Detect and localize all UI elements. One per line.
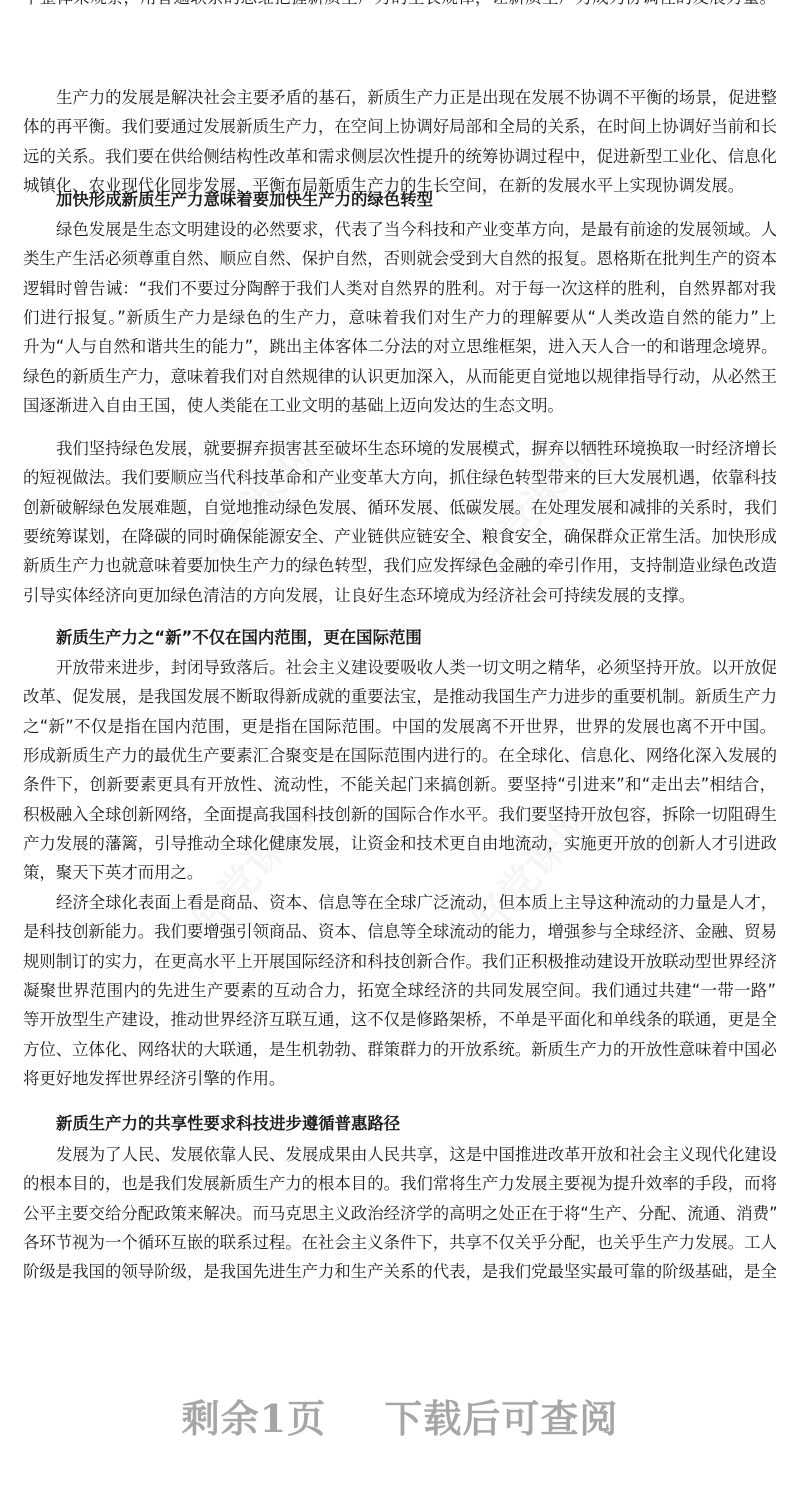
paragraph-line: 方位、立体化、网络状的大联通，是生机勃勃、群策群力的开放系统。新质生产力的开放性…: [23, 1040, 776, 1060]
paragraph-line: 新质生产力也就意味着要加快生产力的绿色转型，我们应发挥绿色金融的牵引作用，支持制…: [23, 556, 776, 576]
paragraph-line: 逻辑时曾告诫：“我们不要过分陶醉于我们人类对自然界的胜利。对于每一次这样的胜利，…: [23, 279, 776, 299]
paragraph-line: 策，聚天下英才而用之。: [23, 863, 776, 883]
paragraph-line: 公平主要交给分配政策来解决。而马克思主义政治经济学的高明之处正在于将“生产、分配…: [23, 1204, 776, 1224]
section-heading: 加快形成新质生产力意味着要加快生产力的绿色转型: [56, 190, 776, 210]
paragraph-line: 积极融入全球创新网络，全面提高我国科技创新的国际合作水平。我们要坚持开放包容，拆…: [23, 805, 776, 825]
paragraph-line: 创新破解绿色发展难题，自觉地推动绿色发展、循环发展、低碳发展。在处理发展和减排的…: [23, 498, 776, 518]
paragraph-line: 国逐渐进入自由王国，使人类能在工业文明的基础上迈向发达的生态文明。: [23, 396, 776, 416]
paragraph-line: 经济全球化表面上看是商品、资本、信息等在全球广泛流动，但本质上主导这种流动的力量…: [56, 893, 776, 913]
section-heading: 新质生产力的共享性要求科技进步遵循普惠路径: [56, 1114, 776, 1134]
paragraph-line: 我们坚持绿色发展，就要摒弃损害甚至破坏生态环境的发展模式，摒弃以牺牲环境换取一时…: [56, 439, 776, 459]
paragraph-line: 各环节视为一个循环互嵌的联系过程。在社会主义条件下，共享不仅关乎分配，也关乎生产…: [23, 1233, 776, 1253]
paragraph-line: 的短视做法。我们要顺应当代科技革命和产业变革大方向，抓住绿色转型带来的巨大发展机…: [23, 468, 776, 488]
paragraph-line: 凝聚世界范围内的先进生产要素的互动合力，拓宽全球经济的共同发展空间。我们通过共建…: [23, 981, 776, 1001]
paragraph-line: 绿色的新质生产力，意味着我们对自然规律的认识更加深入，从而能更自觉地以规律指导行…: [23, 367, 776, 387]
paragraph-line: 们进行报复。”新质生产力是绿色的生产力，意味着我们对生产力的理解要从“人类改造自…: [23, 308, 776, 328]
paragraph-line: 规则制订的实力，在更高水平上开展国际经济和科技创新合作。我们正积极推动建设开放联…: [23, 952, 776, 972]
paragraph-line: 阶级是我国的领导阶级，是我国先进生产力和生产关系的代表，是我们党最坚实最可靠的阶…: [23, 1262, 776, 1282]
paragraph-line: 要统筹谋划，在降碳的同时确保能源安全、产业链供应链安全、粮食安全，确保群众正常生…: [23, 527, 776, 547]
section-heading: 新质生产力之“新”不仅在国内范围，更在国际范围: [56, 628, 776, 648]
top-cut-line: 个整体来观察，用普遍联系的思维把握新质生产力的生长规律，让新质生产力成为协调性的…: [23, 0, 776, 8]
paragraph-line: 类生产生活必须尊重自然、顺应自然、保护自然，否则就会受到大自然的报复。恩格斯在批…: [23, 249, 776, 269]
paragraph-line: 升为“人与自然和谐共生的能力”，跳出主体客体二分法的对立思维框架，进入天人合一的…: [23, 337, 776, 357]
paragraph-line: 形成新质生产力的最优生产要素汇合聚变是在国际范围内进行的。在全球化、信息化、网络…: [23, 746, 776, 766]
remaining-pages-label: 剩余1页: [182, 1396, 326, 1441]
paragraph-line: 开放带来进步，封闭导致落后。社会主义建设要吸收人类一切文明之精华，必须坚持开放。…: [56, 658, 776, 678]
paragraph-line: 是科技创新能力。我们要增强引领商品、资本、信息等全球流动的能力，增强参与全球经济…: [23, 922, 776, 942]
paragraph-line: 发展为了人民、发展依靠人民、发展成果由人民共享，这是中国推进改革开放和社会主义现…: [56, 1145, 776, 1165]
paragraph-line: 远的关系。我们要在供给侧结构性改革和需求侧层次性提升的统筹协调过程中，促进新型工…: [23, 147, 776, 167]
paragraph-line: 之“新”不仅是指在国内范围，更是指在国际范围。中国的发展离不开世界，世界的发展也…: [23, 717, 776, 737]
paragraph-line: 体的再平衡。我们要通过发展新质生产力，在空间上协调好局部和全局的关系，在时间上协…: [23, 117, 776, 137]
paragraph-line: 产力发展的藩篱，引导推动全球化健康发展，让资金和技术更自由地流动，实施更开放的创…: [23, 834, 776, 854]
paragraph-line: 条件下，创新要素更具有开放性、流动性，不能关起门来搞创新。要坚持“引进来”和“走…: [23, 775, 776, 795]
download-to-view-label: 下载后可查阅: [384, 1396, 618, 1441]
paragraph-line: 等开放型生产建设，推动世界经济互联互通，这不仅是修路架桥，不单是平面化和单线条的…: [23, 1010, 776, 1030]
preview-limit-banner[interactable]: 剩余1页 下载后可查阅: [0, 1388, 800, 1443]
paragraph-line: 引导实体经济向更加绿色清洁的方向发展，让良好生态环境成为经济社会可持续发展的支撑…: [23, 586, 776, 606]
paragraph-line: 的根本目的，也是我们发展新质生产力的根本目的。我们常将生产力发展主要视为提升效率…: [23, 1174, 776, 1194]
paragraph-line: 绿色发展是生态文明建设的必然要求，代表了当今科技和产业变革方向，是最有前途的发展…: [56, 220, 776, 240]
paragraph-line: 改革、促发展，是我国发展不断取得新成就的重要法宝，是推动我国生产力进步的重要机制…: [23, 687, 776, 707]
paragraph-line: 将更好地发挥世界经济引擎的作用。: [23, 1069, 776, 1089]
paragraph-line: 生产力的发展是解决社会主要矛盾的基石，新质生产力正是出现在发展不协调不平衡的场景…: [56, 88, 776, 108]
